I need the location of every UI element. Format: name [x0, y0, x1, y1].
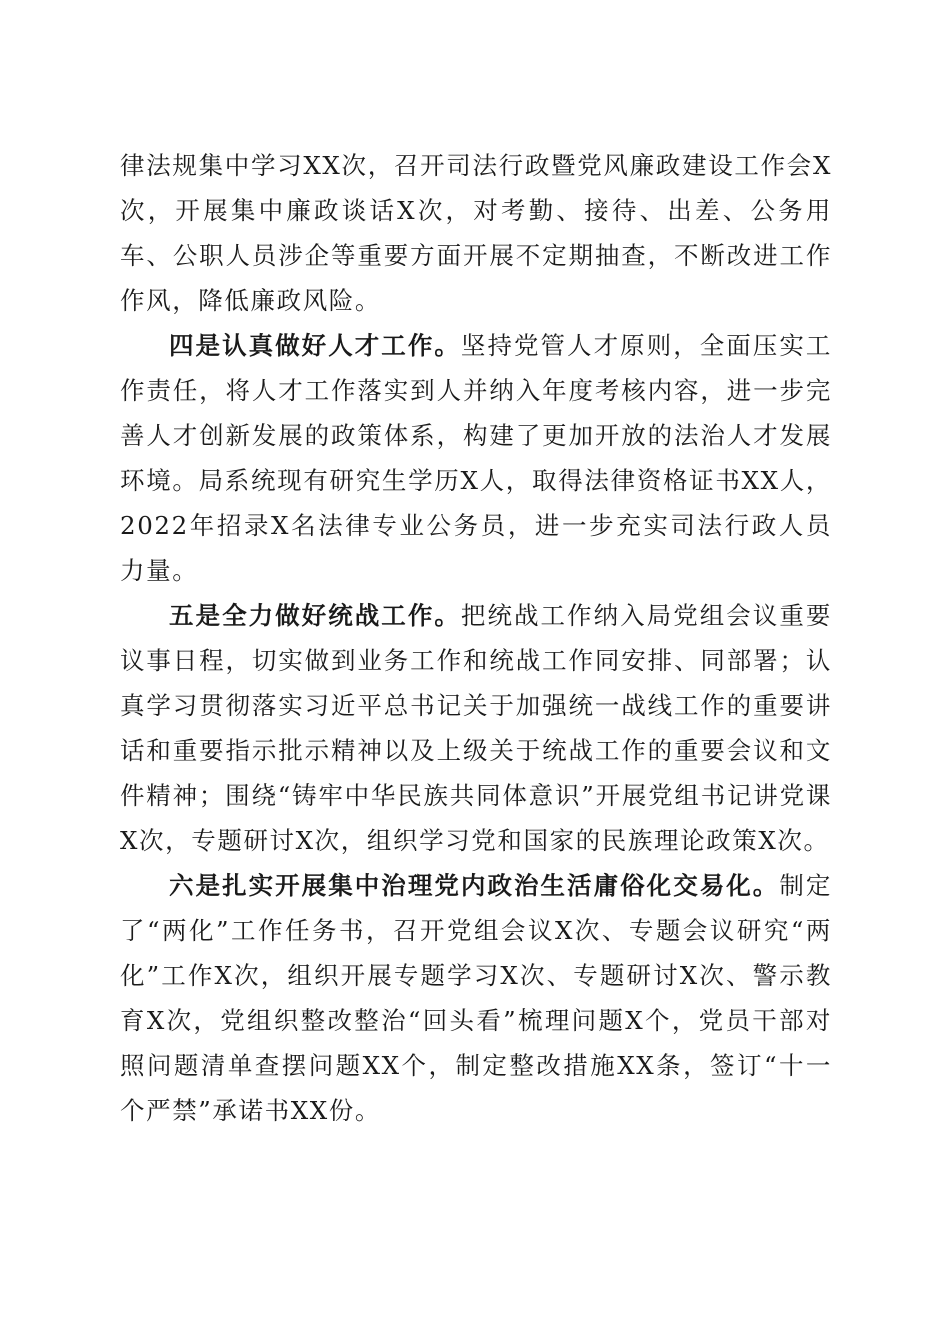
paragraph-text: 律法规集中学习XX次，召开司法行政暨党风廉政建设工作会X次，开展集中廉政谈话X次…: [120, 151, 832, 315]
paragraph-united-front-work: 五是全力做好统战工作。把统战工作纳入局党组会议重要议事日程，切实做到业务工作和统…: [120, 593, 832, 863]
paragraph-text: 把统战工作纳入局党组会议重要议事日程，切实做到业务工作和统战工作同安排、同部署；…: [120, 601, 832, 855]
paragraph-lead: 四是认真做好人才工作。: [169, 331, 461, 360]
paragraph-political-life-governance: 六是扎实开展集中治理党内政治生活庸俗化交易化。制定了“两化”工作任务书，召开党组…: [120, 863, 832, 1133]
paragraph-talent-work: 四是认真做好人才工作。坚持党管人才原则，全面压实工作责任，将人才工作落实到人并纳…: [120, 323, 832, 593]
paragraph-text: 制定了“两化”工作任务书，召开党组会议X次、专题会议研究“两化”工作X次，组织开…: [120, 871, 832, 1125]
paragraph-lead: 六是扎实开展集中治理党内政治生活庸俗化交易化。: [169, 871, 779, 900]
document-page: 律法规集中学习XX次，召开司法行政暨党风廉政建设工作会X次，开展集中廉政谈话X次…: [120, 143, 832, 1133]
paragraph-lead: 五是全力做好统战工作。: [169, 601, 461, 630]
paragraph-discipline-continuation: 律法规集中学习XX次，召开司法行政暨党风廉政建设工作会X次，开展集中廉政谈话X次…: [120, 143, 832, 323]
paragraph-text: 坚持党管人才原则，全面压实工作责任，将人才工作落实到人并纳入年度考核内容，进一步…: [120, 331, 832, 585]
